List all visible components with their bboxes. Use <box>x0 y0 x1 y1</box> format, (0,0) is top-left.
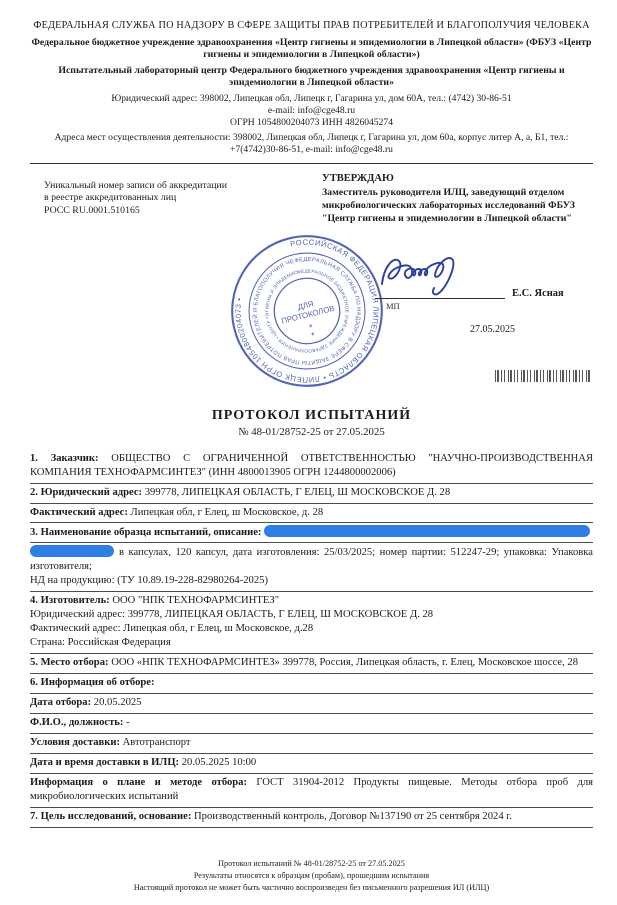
sampling-date-value: 20.05.2025 <box>94 697 142 708</box>
approval-zone: Уникальный номер записи об аккредитации … <box>30 164 593 402</box>
organization-name: Федеральное бюджетное учреждение здравоо… <box>30 37 593 61</box>
protocol-number: № 48-01/28752-25 от 27.05.2025 <box>30 426 593 438</box>
purpose-value: Производственный контроль, Договор №1371… <box>194 811 512 822</box>
delivery-conditions-label: Условия доставки: <box>30 737 120 748</box>
sampling-date-row: Дата отбора: 20.05.2025 <box>30 694 593 714</box>
delivery-conditions-value: Автотранспорт <box>123 737 191 748</box>
manufacturer-legal-address: Юридический адрес: 399778, ЛИПЕЦКАЯ ОБЛА… <box>30 608 593 622</box>
nd-line: НД на продукцию: (ТУ 10.89.19-228-829802… <box>30 574 593 588</box>
actual-address-value: Липецкая обл, г Елец, ш Московское, д. 2… <box>131 507 324 518</box>
approve-title: УТВЕРЖДАЮ <box>322 172 594 186</box>
signature <box>378 250 503 302</box>
redaction-bar-1 <box>264 525 590 537</box>
sampling-place-value: ООО «НПК ТЕХНОФАРМСИНТЕЗ» 399778, Россия… <box>111 657 578 668</box>
delivery-datetime-value: 20.05.2025 10:00 <box>182 757 256 768</box>
sampling-date-label: Дата отбора: <box>30 697 91 708</box>
sampling-place-label: 5. Место отбора: <box>30 657 109 668</box>
protocol-sections: 1. Заказчик: ОБЩЕСТВО С ОГРАНИЧЕННОЙ ОТВ… <box>30 450 593 828</box>
legal-address-value: 399778, ЛИПЕЦКАЯ ОБЛАСТЬ, Г ЕЛЕЦ, Ш МОСК… <box>145 487 450 498</box>
section-sample-name: 3. Наименование образца испытаний, описа… <box>30 523 593 592</box>
sampling-person-value: - <box>126 717 130 728</box>
page-footer: Протокол испытаний № 48-01/28752-25 от 2… <box>30 858 593 894</box>
official-round-stamp: РОССИЙСКАЯ ФЕДЕРАЦИЯ ЛИПЕЦКАЯ ОБЛАСТЬ • … <box>211 215 403 407</box>
customer-label: 1. Заказчик: <box>30 453 99 464</box>
signature-line <box>375 298 505 299</box>
mp-mark: МП <box>386 301 400 311</box>
delivery-datetime-row: Дата и время доставки в ИЛЦ: 20.05.2025 … <box>30 754 593 774</box>
letterhead: ФЕДЕРАЛЬНАЯ СЛУЖБА ПО НАДЗОРУ В СФЕРЕ ЗА… <box>30 20 593 156</box>
barcode <box>495 370 591 382</box>
ogrn-inn-line: ОГРН 1054800204073 ИНН 4826045274 <box>30 117 593 129</box>
redaction-bar-2 <box>30 545 114 557</box>
sample-label-line: 3. Наименование образца испытаний, описа… <box>30 525 593 543</box>
section-purpose: 7. Цель исследований, основание: Произво… <box>30 808 593 828</box>
sampling-method-row: Информация о плане и методе отбора: ГОСТ… <box>30 774 593 808</box>
section-sampling-info-header: 6. Информация об отборе: <box>30 674 593 694</box>
legal-address-label: 2. Юридический адрес: <box>30 487 142 498</box>
sampling-info-label: 6. Информация об отборе: <box>30 677 155 688</box>
approval-date: 27.05.2025 <box>470 324 515 335</box>
purpose-label: 7. Цель исследований, основание: <box>30 811 191 822</box>
sampling-person-label: Ф.И.О., должность: <box>30 717 123 728</box>
accreditation-line2: в реестре аккредитованных лиц <box>44 192 304 205</box>
actual-address-label: Фактический адрес: <box>30 507 128 518</box>
section-actual-address: Фактический адрес: Липецкая обл, г Елец,… <box>30 504 593 524</box>
stamp-star-2: * <box>310 330 317 342</box>
accreditation-line1: Уникальный номер записи об аккредитации <box>44 180 304 193</box>
manufacturer-line: 4. Изготовитель: ООО "НПК ТЕХНОФАРМСИНТЕ… <box>30 594 593 608</box>
sample-name-label: 3. Наименование образца испытаний, описа… <box>30 527 261 538</box>
manufacturer-actual-address: Фактический адрес: Липецкая обл, г Елец,… <box>30 622 593 636</box>
title-block: ПРОТОКОЛ ИСПЫТАНИЙ № 48-01/28752-25 от 2… <box>30 408 593 438</box>
federal-service-name: ФЕДЕРАЛЬНАЯ СЛУЖБА ПО НАДЗОРУ В СФЕРЕ ЗА… <box>30 20 593 33</box>
customer-value: ОБЩЕСТВО С ОГРАНИЧЕННОЙ ОТВЕТСТВЕННОСТЬЮ… <box>30 453 593 478</box>
footer-protocol-ref: Протокол испытаний № 48-01/28752-25 от 2… <box>30 858 593 870</box>
accreditation-number: РОСС RU.0001.510165 <box>44 205 304 218</box>
email-line: e-mail: info@cge48.ru <box>30 105 593 117</box>
sample-description-line: в капсулах, 120 капсул, дата изготовлени… <box>30 543 593 574</box>
activity-addresses: Адреса мест осуществления деятельности: … <box>30 132 593 156</box>
sample-description-value: в капсулах, 120 капсул, дата изготовлени… <box>30 547 593 572</box>
lab-center-name: Испытательный лабораторный центр Федерал… <box>30 65 593 89</box>
protocol-document-page: ФЕДЕРАЛЬНАЯ СЛУЖБА ПО НАДЗОРУ В СФЕРЕ ЗА… <box>0 0 617 905</box>
sampling-person-row: Ф.И.О., должность: - <box>30 714 593 734</box>
section-manufacturer: 4. Изготовитель: ООО "НПК ТЕХНОФАРМСИНТЕ… <box>30 592 593 654</box>
footer-copy-note: Настоящий протокол не может быть частичн… <box>30 882 593 894</box>
sampling-method-label: Информация о плане и методе отбора: <box>30 777 247 788</box>
section-sampling-place: 5. Место отбора: ООО «НПК ТЕХНОФАРМСИНТЕ… <box>30 654 593 674</box>
manufacturer-label: 4. Изготовитель: <box>30 595 110 606</box>
signer-name: Е.С. Ясная <box>512 288 564 299</box>
delivery-conditions-row: Условия доставки: Автотранспорт <box>30 734 593 754</box>
delivery-datetime-label: Дата и время доставки в ИЛЦ: <box>30 757 179 768</box>
manufacturer-value: ООО "НПК ТЕХНОФАРМСИНТЕЗ" <box>112 595 279 606</box>
accreditation-block: Уникальный номер записи об аккредитации … <box>44 180 304 218</box>
protocol-title: ПРОТОКОЛ ИСПЫТАНИЙ <box>30 408 593 424</box>
section-customer: 1. Заказчик: ОБЩЕСТВО С ОГРАНИЧЕННОЙ ОТВ… <box>30 450 593 484</box>
legal-address: Юридический адрес: 398002, Липецкая обл,… <box>30 93 593 105</box>
section-legal-address: 2. Юридический адрес: 399778, ЛИПЕЦКАЯ О… <box>30 484 593 504</box>
manufacturer-country: Страна: Российская Федерация <box>30 636 593 650</box>
footer-results-note: Результаты относятся к образцам (пробам)… <box>30 870 593 882</box>
